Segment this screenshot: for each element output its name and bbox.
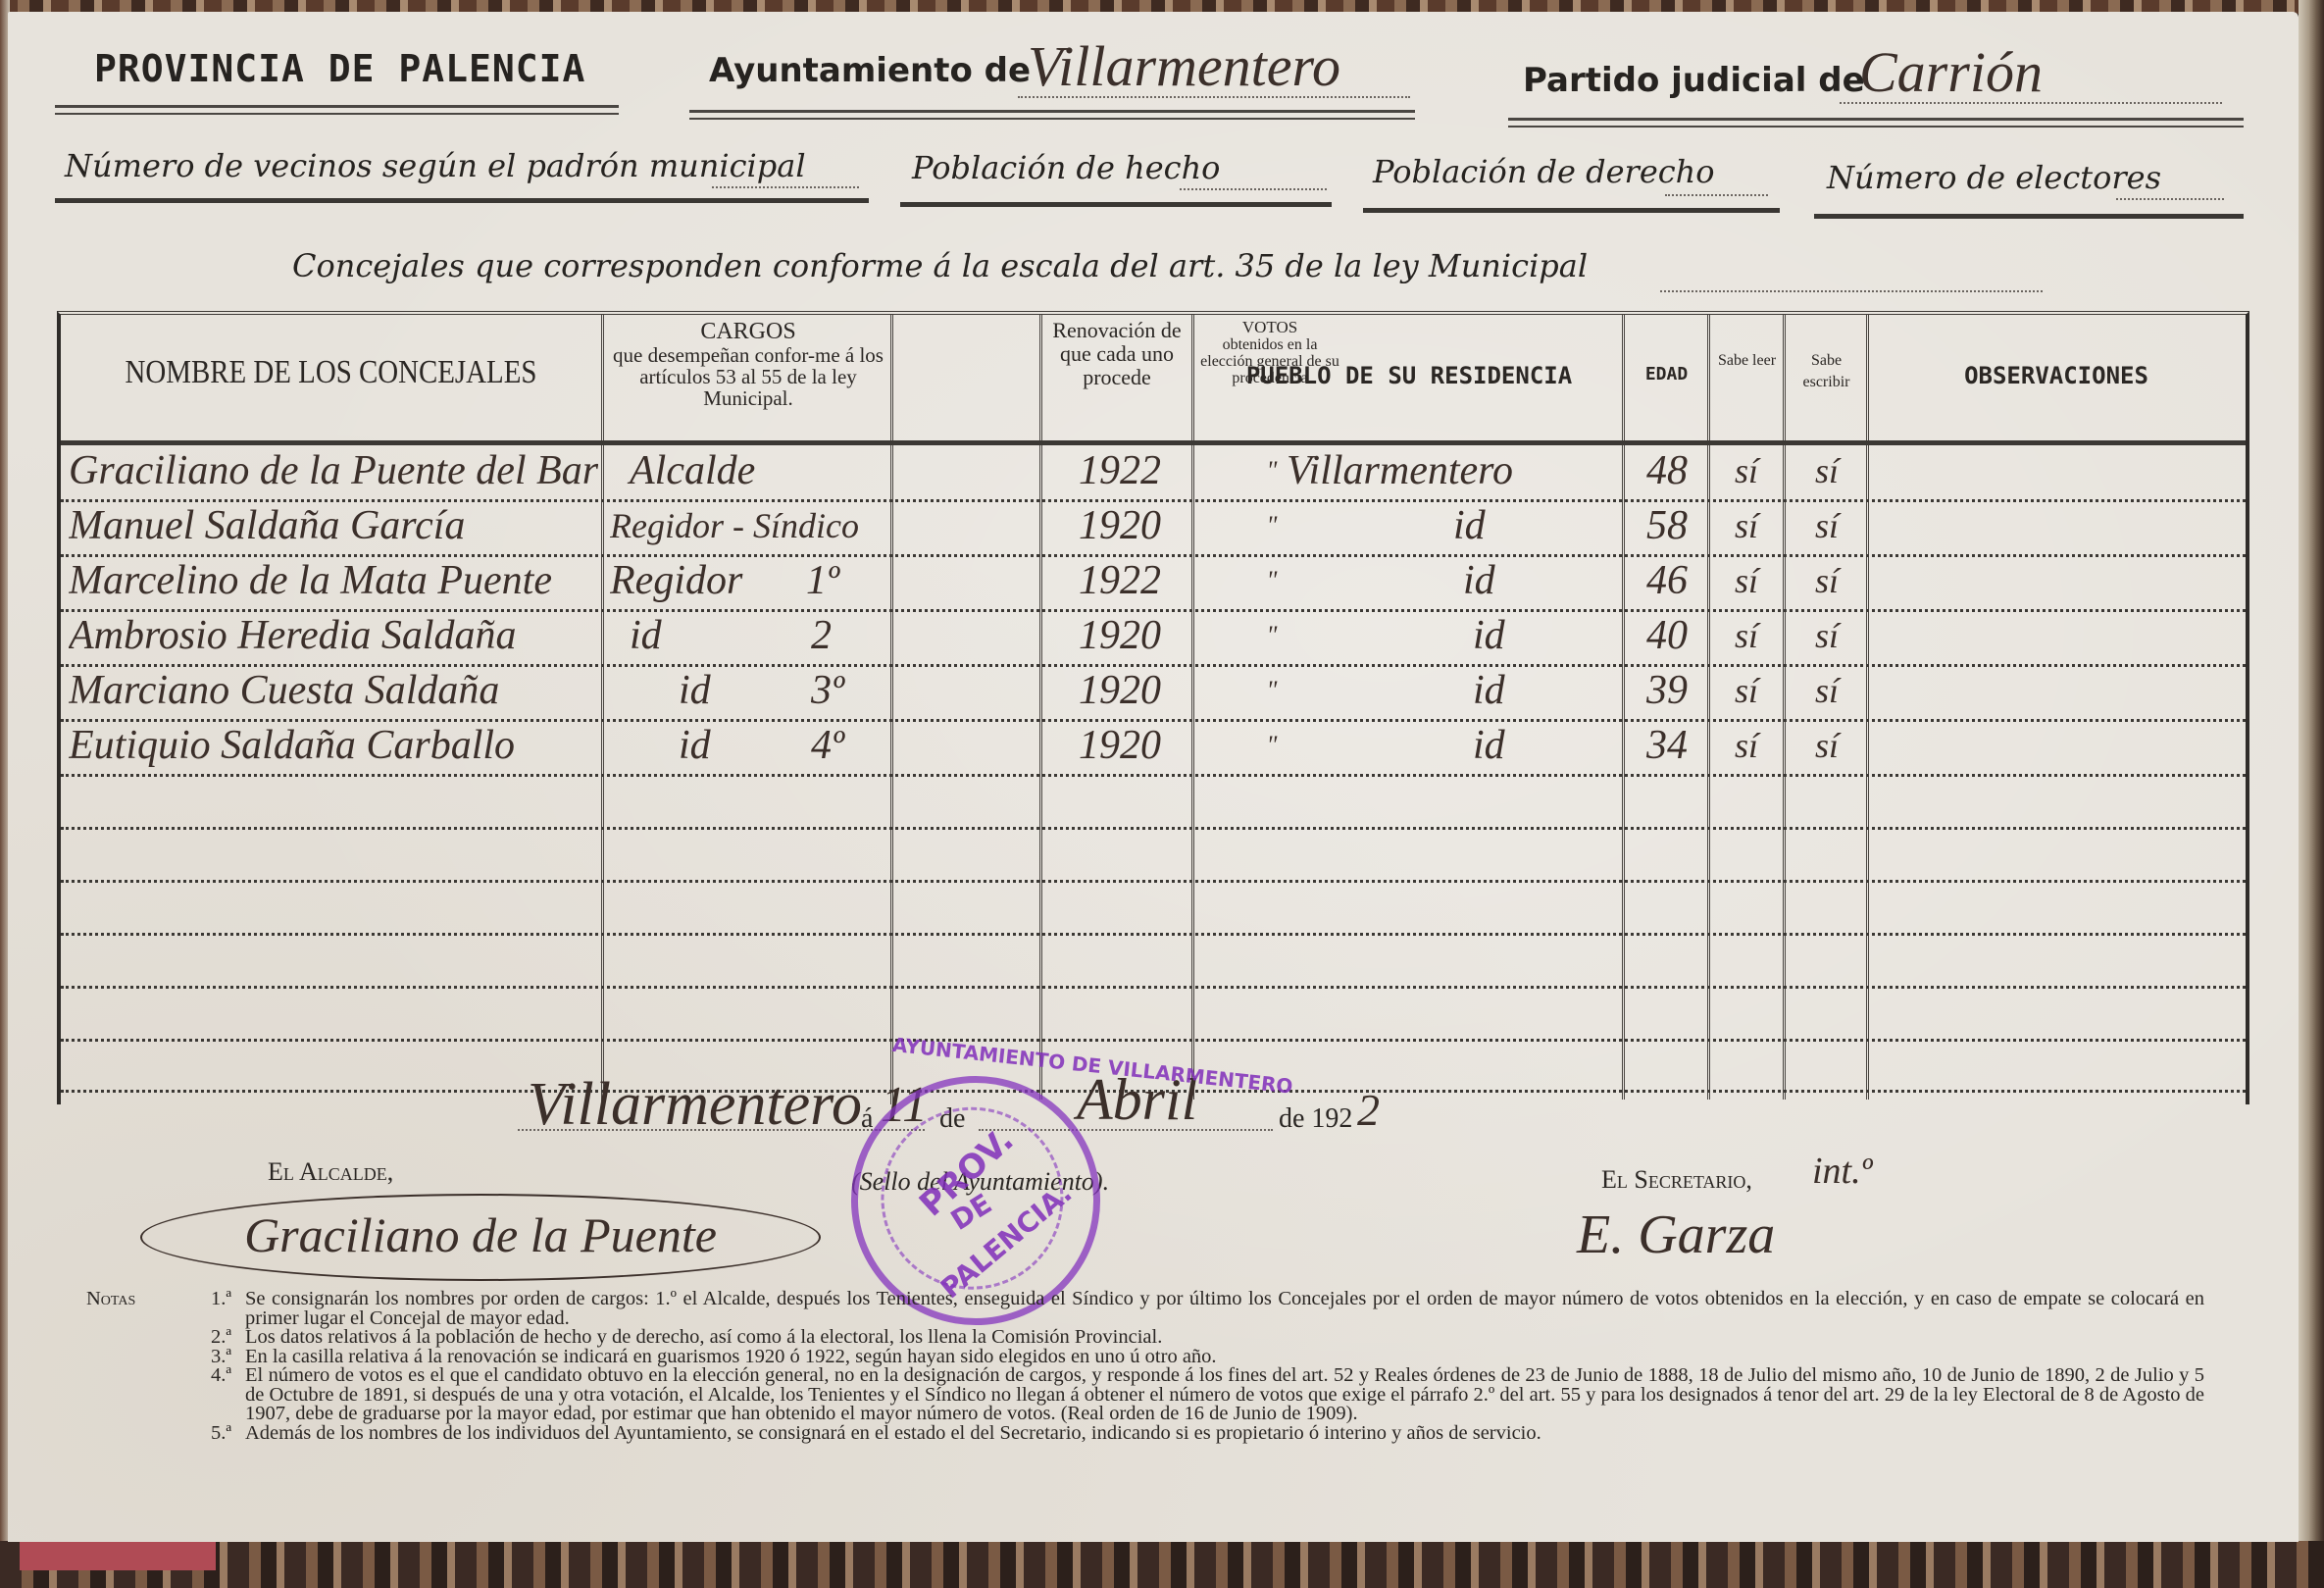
cell-renovacion: 1920 <box>1051 501 1188 550</box>
field-rule <box>900 202 1332 207</box>
cell-escribir: sí <box>1789 721 1865 770</box>
cell-escribir: sí <box>1789 446 1865 495</box>
header-nombre: NOMBRE DE LOS CONCEJALES <box>101 354 560 391</box>
cell-cargo: id <box>630 611 747 660</box>
cell-edad: 58 <box>1628 501 1706 550</box>
header-cargos-sub: que desempeñan confor-me á los artículos… <box>606 344 890 409</box>
cell-leer: sí <box>1712 666 1781 715</box>
header-rule <box>1508 118 2244 128</box>
note-number: 1.ª <box>173 1290 245 1328</box>
header-cargos: CARGOS que desempeñan confor-me á los ar… <box>606 319 890 409</box>
header-leer: Sabe leer <box>1711 350 1783 372</box>
cell-pueblo: id <box>1473 666 1610 715</box>
cell-leer: sí <box>1712 611 1781 660</box>
cell-escribir: sí <box>1789 611 1865 660</box>
vecinos-label: Número de vecinos según el padrón munici… <box>65 147 806 184</box>
cell-nombre: Eutiquio Saldaña Carballo <box>69 721 598 770</box>
cell-cargo: Alcalde <box>610 446 904 495</box>
cell-leer: sí <box>1712 556 1781 605</box>
concejales-label: Concejales que corresponden conforme á l… <box>292 247 1588 284</box>
empty-row-rule <box>61 986 2246 989</box>
cell-pueblo: id <box>1453 501 1610 550</box>
note-item: 4.ª El número de votos es el que el cand… <box>86 1366 2204 1424</box>
note-text: Los datos relativos á la población de he… <box>245 1328 2204 1348</box>
cell-leer: sí <box>1712 721 1781 770</box>
cell-leer: sí <box>1712 446 1781 495</box>
poblacion-derecho-input[interactable] <box>1665 177 1768 196</box>
date-year-suffix: 2 <box>1357 1084 1380 1136</box>
notes-label: Notas <box>86 1290 173 1328</box>
field-rule <box>55 198 869 203</box>
provincia-title: PROVINCIA DE PALENCIA <box>94 47 585 90</box>
cell-nombre: Marcelino de la Mata Puente <box>69 556 598 605</box>
note-number: 2.ª <box>173 1328 245 1348</box>
cell-votos: " <box>1198 556 1345 605</box>
note-number: 3.ª <box>173 1348 245 1367</box>
ayuntamiento-value: Villarmentero <box>1018 34 1340 98</box>
cell-leer: sí <box>1712 501 1781 550</box>
note-spacer <box>86 1366 173 1424</box>
electores-label: Número de electores <box>1827 159 2161 196</box>
alcalde-label: El Alcalde, <box>268 1157 393 1187</box>
note-spacer <box>86 1328 173 1348</box>
note-item: Notas 1.ª Se consignarán los nombres por… <box>86 1290 2204 1328</box>
header-escribir: Sabe escribir <box>1787 350 1866 393</box>
cell-pueblo: id <box>1473 721 1610 770</box>
note-number: 5.ª <box>173 1424 245 1444</box>
table-row: Manuel Saldaña García Regidor - Síndico … <box>61 501 2246 554</box>
cell-edad: 39 <box>1628 666 1706 715</box>
cell-cargo-num: 4º <box>811 721 889 770</box>
note-text: Además de los nombres de los individuos … <box>245 1424 2204 1444</box>
header-cargos-title: CARGOS <box>606 319 890 344</box>
cell-cargo: Regidor <box>610 556 767 605</box>
table-row: Graciliano de la Puente del Barrio Alcal… <box>61 446 2246 499</box>
book-edge-bottom <box>0 1541 2324 1588</box>
cell-cargo-num: 1º <box>806 556 884 605</box>
secretario-signature: E. Garza <box>1577 1204 1775 1266</box>
cell-renovacion: 1920 <box>1051 666 1188 715</box>
note-number: 4.ª <box>173 1366 245 1424</box>
cell-escribir: sí <box>1789 556 1865 605</box>
cell-cargo: id <box>679 666 757 715</box>
header-rule <box>55 105 619 115</box>
cell-cargo: id <box>679 721 757 770</box>
cell-edad: 46 <box>1628 556 1706 605</box>
note-spacer <box>86 1348 173 1367</box>
empty-row-rule <box>61 933 2246 936</box>
note-text: El número de votos es el que el candidat… <box>245 1366 2204 1424</box>
cell-edad: 34 <box>1628 721 1706 770</box>
field-rule <box>1814 214 2244 219</box>
cell-nombre: Ambrosio Heredia Saldaña <box>69 611 598 660</box>
row-rule <box>61 774 2246 777</box>
header-observaciones: OBSERVACIONES <box>1870 362 2243 389</box>
note-spacer <box>86 1424 173 1444</box>
cell-votos: " <box>1198 721 1345 770</box>
cell-cargo-num: 2 <box>811 611 889 660</box>
cell-pueblo: Villarmentero <box>1287 446 1620 495</box>
header-renovacion: Renovación de que cada uno procede <box>1043 319 1190 389</box>
empty-row-rule <box>61 827 2246 830</box>
alcalde-signature: Graciliano de la Puente <box>140 1194 821 1281</box>
table-row: Eutiquio Saldaña Carballo id 4º 1920 " i… <box>61 721 2246 774</box>
concejales-input[interactable] <box>1660 275 2043 292</box>
partido-field: Carrión <box>1840 39 2222 104</box>
date-year-prefix: de 192 <box>1279 1103 1352 1135</box>
bookmark-ribbon <box>20 1541 216 1570</box>
header-pueblo: PUEBLO DE SU RESIDENCIA <box>1196 362 1622 389</box>
table-row: Ambrosio Heredia Saldaña id 2 1920 " id … <box>61 611 2246 664</box>
cell-nombre: Graciliano de la Puente del Barrio <box>69 446 598 495</box>
field-rule <box>1363 208 1780 213</box>
note-item: 2.ª Los datos relativos á la población d… <box>86 1328 2204 1348</box>
poblacion-hecho-label: Población de hecho <box>912 149 1220 186</box>
cell-edad: 40 <box>1628 611 1706 660</box>
notes-section: Notas 1.ª Se consignarán los nombres por… <box>86 1290 2204 1443</box>
partido-label: Partido judicial de <box>1523 61 1865 100</box>
table-row: Marciano Cuesta Saldaña id 3º 1920 " id … <box>61 666 2246 719</box>
ayuntamiento-field: Villarmentero <box>1018 33 1410 98</box>
cell-edad: 48 <box>1628 446 1706 495</box>
cell-votos: " <box>1198 501 1345 550</box>
electores-input[interactable] <box>2116 180 2224 200</box>
header-rule <box>689 110 1415 120</box>
book-edge-right <box>2299 0 2324 1588</box>
vecinos-input[interactable] <box>712 169 859 188</box>
cell-votos: " <box>1198 611 1345 660</box>
header-votos-title: VOTOS <box>1196 319 1343 336</box>
cell-nombre: Marciano Cuesta Saldaña <box>69 666 598 715</box>
cell-pueblo: id <box>1473 611 1610 660</box>
cell-nombre: Manuel Saldaña García <box>69 501 598 550</box>
cell-escribir: sí <box>1789 666 1865 715</box>
table-row: Marcelino de la Mata Puente Regidor 1º 1… <box>61 556 2246 609</box>
concejales-table: NOMBRE DE LOS CONCEJALES CARGOS que dese… <box>57 311 2249 1104</box>
empty-row-rule <box>61 1039 2246 1042</box>
header-rule <box>61 440 2246 445</box>
note-item: 5.ª Además de los nombres de los individ… <box>86 1424 2204 1444</box>
cell-cargo-num: 3º <box>811 666 889 715</box>
secretario-note: int.º <box>1812 1150 1872 1193</box>
empty-row-rule <box>61 880 2246 883</box>
cell-renovacion: 1920 <box>1051 611 1188 660</box>
document-page: PROVINCIA DE PALENCIA Ayuntamiento de Vi… <box>8 12 2299 1542</box>
cell-renovacion: 1920 <box>1051 721 1188 770</box>
cell-cargo: Regidor - Síndico <box>610 501 889 550</box>
poblacion-derecho-label: Población de derecho <box>1373 153 1715 190</box>
cell-renovacion: 1922 <box>1051 556 1188 605</box>
cell-escribir: sí <box>1789 501 1865 550</box>
cell-renovacion: 1922 <box>1051 446 1188 495</box>
ayuntamiento-label: Ayuntamiento de <box>709 51 1031 90</box>
date-place: Villarmentero <box>528 1070 862 1140</box>
poblacion-hecho-input[interactable] <box>1180 171 1327 190</box>
cell-votos: " <box>1198 666 1345 715</box>
note-text: Se consignarán los nombres por orden de … <box>245 1290 2204 1328</box>
cell-pueblo: id <box>1463 556 1610 605</box>
secretario-label: El Secretario, <box>1601 1165 1752 1195</box>
header-edad: EDAD <box>1626 364 1707 384</box>
partido-value: Carrión <box>1840 40 2043 104</box>
